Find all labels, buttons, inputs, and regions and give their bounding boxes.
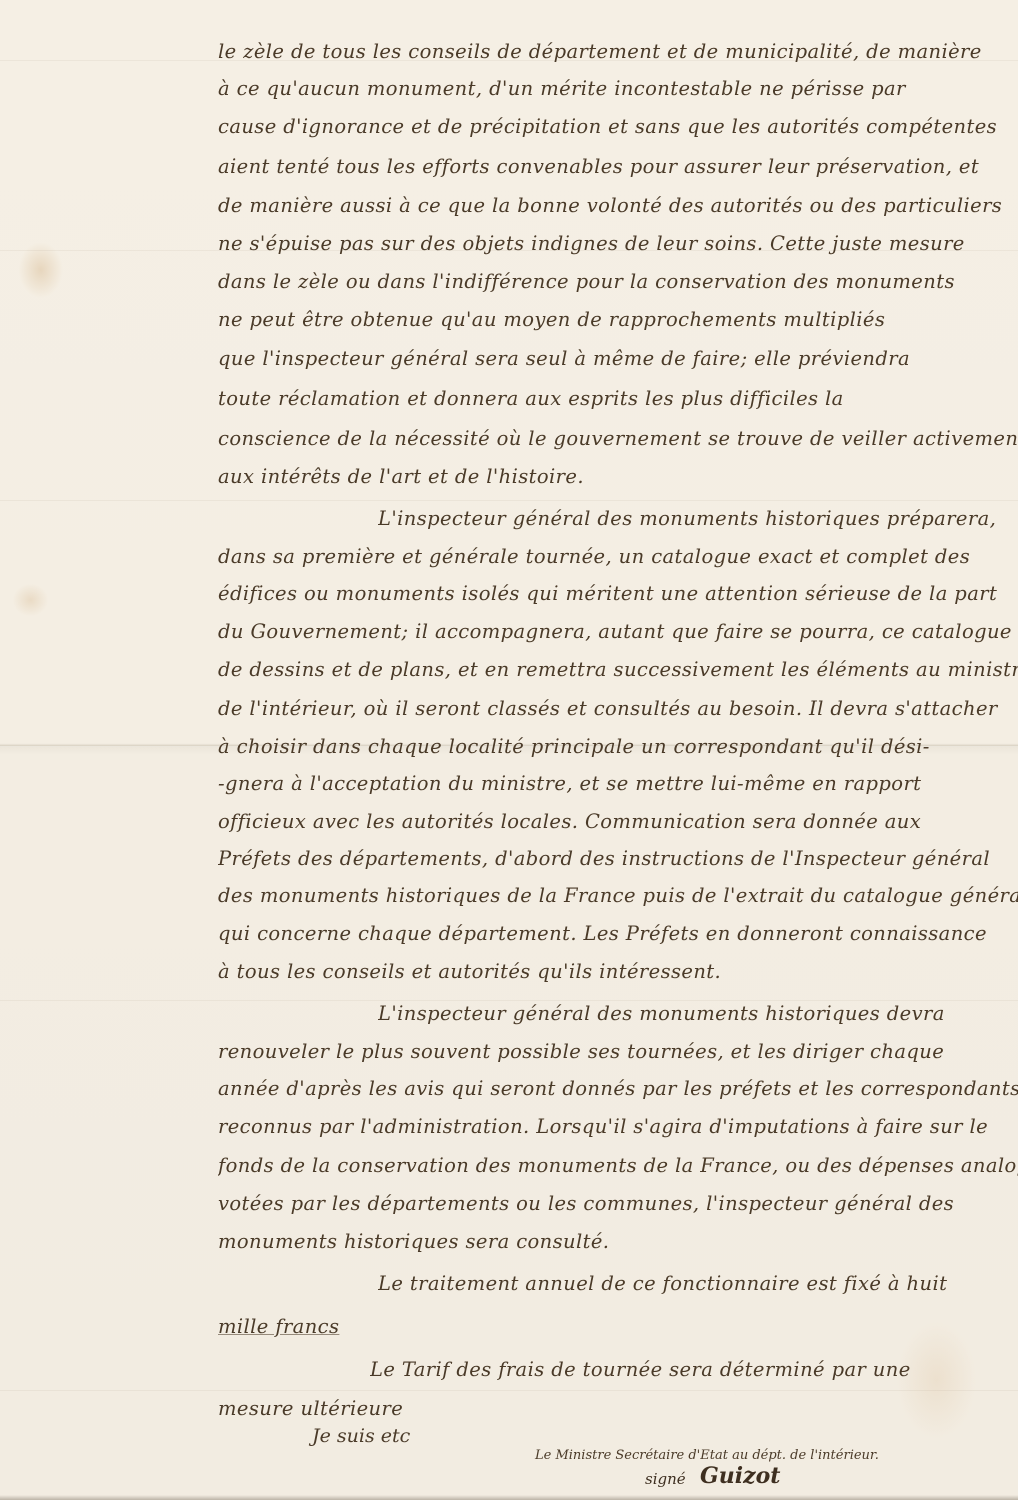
salary-amount: mille francs xyxy=(218,1315,339,1338)
text-line: édifices ou monuments isolés qui mériten… xyxy=(218,580,1018,608)
text-line: aient tenté tous les efforts convenables… xyxy=(218,153,1018,181)
manuscript-page: le zèle de tous les conseils de départem… xyxy=(0,0,1018,1500)
text-line: Préfets des départements, d'abord des in… xyxy=(218,845,1018,873)
text-line: à tous les conseils et autorités qu'ils … xyxy=(218,958,1018,986)
text-line: de l'intérieur, où il seront classés et … xyxy=(218,695,1018,723)
paper-ruling xyxy=(0,500,1018,501)
text-line: monuments historiques sera consulté. xyxy=(218,1228,1018,1256)
text-line: que l'inspecteur général sera seul à mêm… xyxy=(218,345,1018,373)
text-line: des monuments historiques de la France p… xyxy=(218,882,1018,910)
text-line: de manière aussi à ce que la bonne volon… xyxy=(218,192,1018,220)
text-line: à choisir dans chaque localité principal… xyxy=(218,733,1018,761)
text-line: mesure ultérieure xyxy=(218,1395,1018,1423)
closing-salutation: Je suis etc xyxy=(312,1425,410,1447)
text-line: ne s'épuise pas sur des objets indignes … xyxy=(218,230,1018,258)
text-line: de dessins et de plans, et en remettra s… xyxy=(218,656,1018,684)
text-line: dans sa première et générale tournée, un… xyxy=(218,543,1018,571)
text-line: conscience de la nécessité où le gouvern… xyxy=(218,425,1018,453)
page-edge xyxy=(0,1495,1018,1500)
text-line: toute réclamation et donnera aux esprits… xyxy=(218,385,1018,413)
text-line: renouveler le plus souvent possible ses … xyxy=(218,1038,1018,1066)
text-line: fonds de la conservation des monuments d… xyxy=(218,1152,1018,1180)
paragraph-start: Le traitement annuel de ce fonctionnaire… xyxy=(378,1270,1018,1298)
text-line: officieux avec les autorités locales. Co… xyxy=(218,808,1018,836)
paper-ruling xyxy=(0,1390,1018,1391)
text-line: le zèle de tous les conseils de départem… xyxy=(218,38,1018,66)
text-line: -gnera à l'acceptation du ministre, et s… xyxy=(218,770,1018,798)
text-line: cause d'ignorance et de précipitation et… xyxy=(218,113,1018,141)
text-line: à ce qu'aucun monument, d'un mérite inco… xyxy=(218,75,1018,103)
minister-title: Le Ministre Secrétaire d'Etat au dépt. d… xyxy=(535,1448,879,1463)
text-line: ne peut être obtenue qu'au moyen de rapp… xyxy=(218,306,1018,334)
text-line: aux intérêts de l'art et de l'histoire. xyxy=(218,463,1018,491)
paragraph-start: L'inspecteur général des monuments histo… xyxy=(378,505,1018,533)
text-line: du Gouvernement; il accompagnera, autant… xyxy=(218,618,1018,646)
text-line: reconnus par l'administration. Lorsqu'il… xyxy=(218,1113,1018,1141)
paragraph-start: Le Tarif des frais de tournée sera déter… xyxy=(370,1356,1018,1384)
text-line-wrapper: mille francs xyxy=(218,1313,1018,1341)
text-line: votées par les départements ou les commu… xyxy=(218,1190,1018,1218)
text-line: qui concerne chaque département. Les Pré… xyxy=(218,920,1018,948)
text-line: dans le zèle ou dans l'indifférence pour… xyxy=(218,268,1018,296)
paragraph-start: L'inspecteur général des monuments histo… xyxy=(378,1000,1018,1028)
signed-label: signé xyxy=(645,1470,686,1488)
text-line: année d'après les avis qui seront donnés… xyxy=(218,1075,1018,1103)
signature-guizot: Guizot xyxy=(700,1463,780,1489)
